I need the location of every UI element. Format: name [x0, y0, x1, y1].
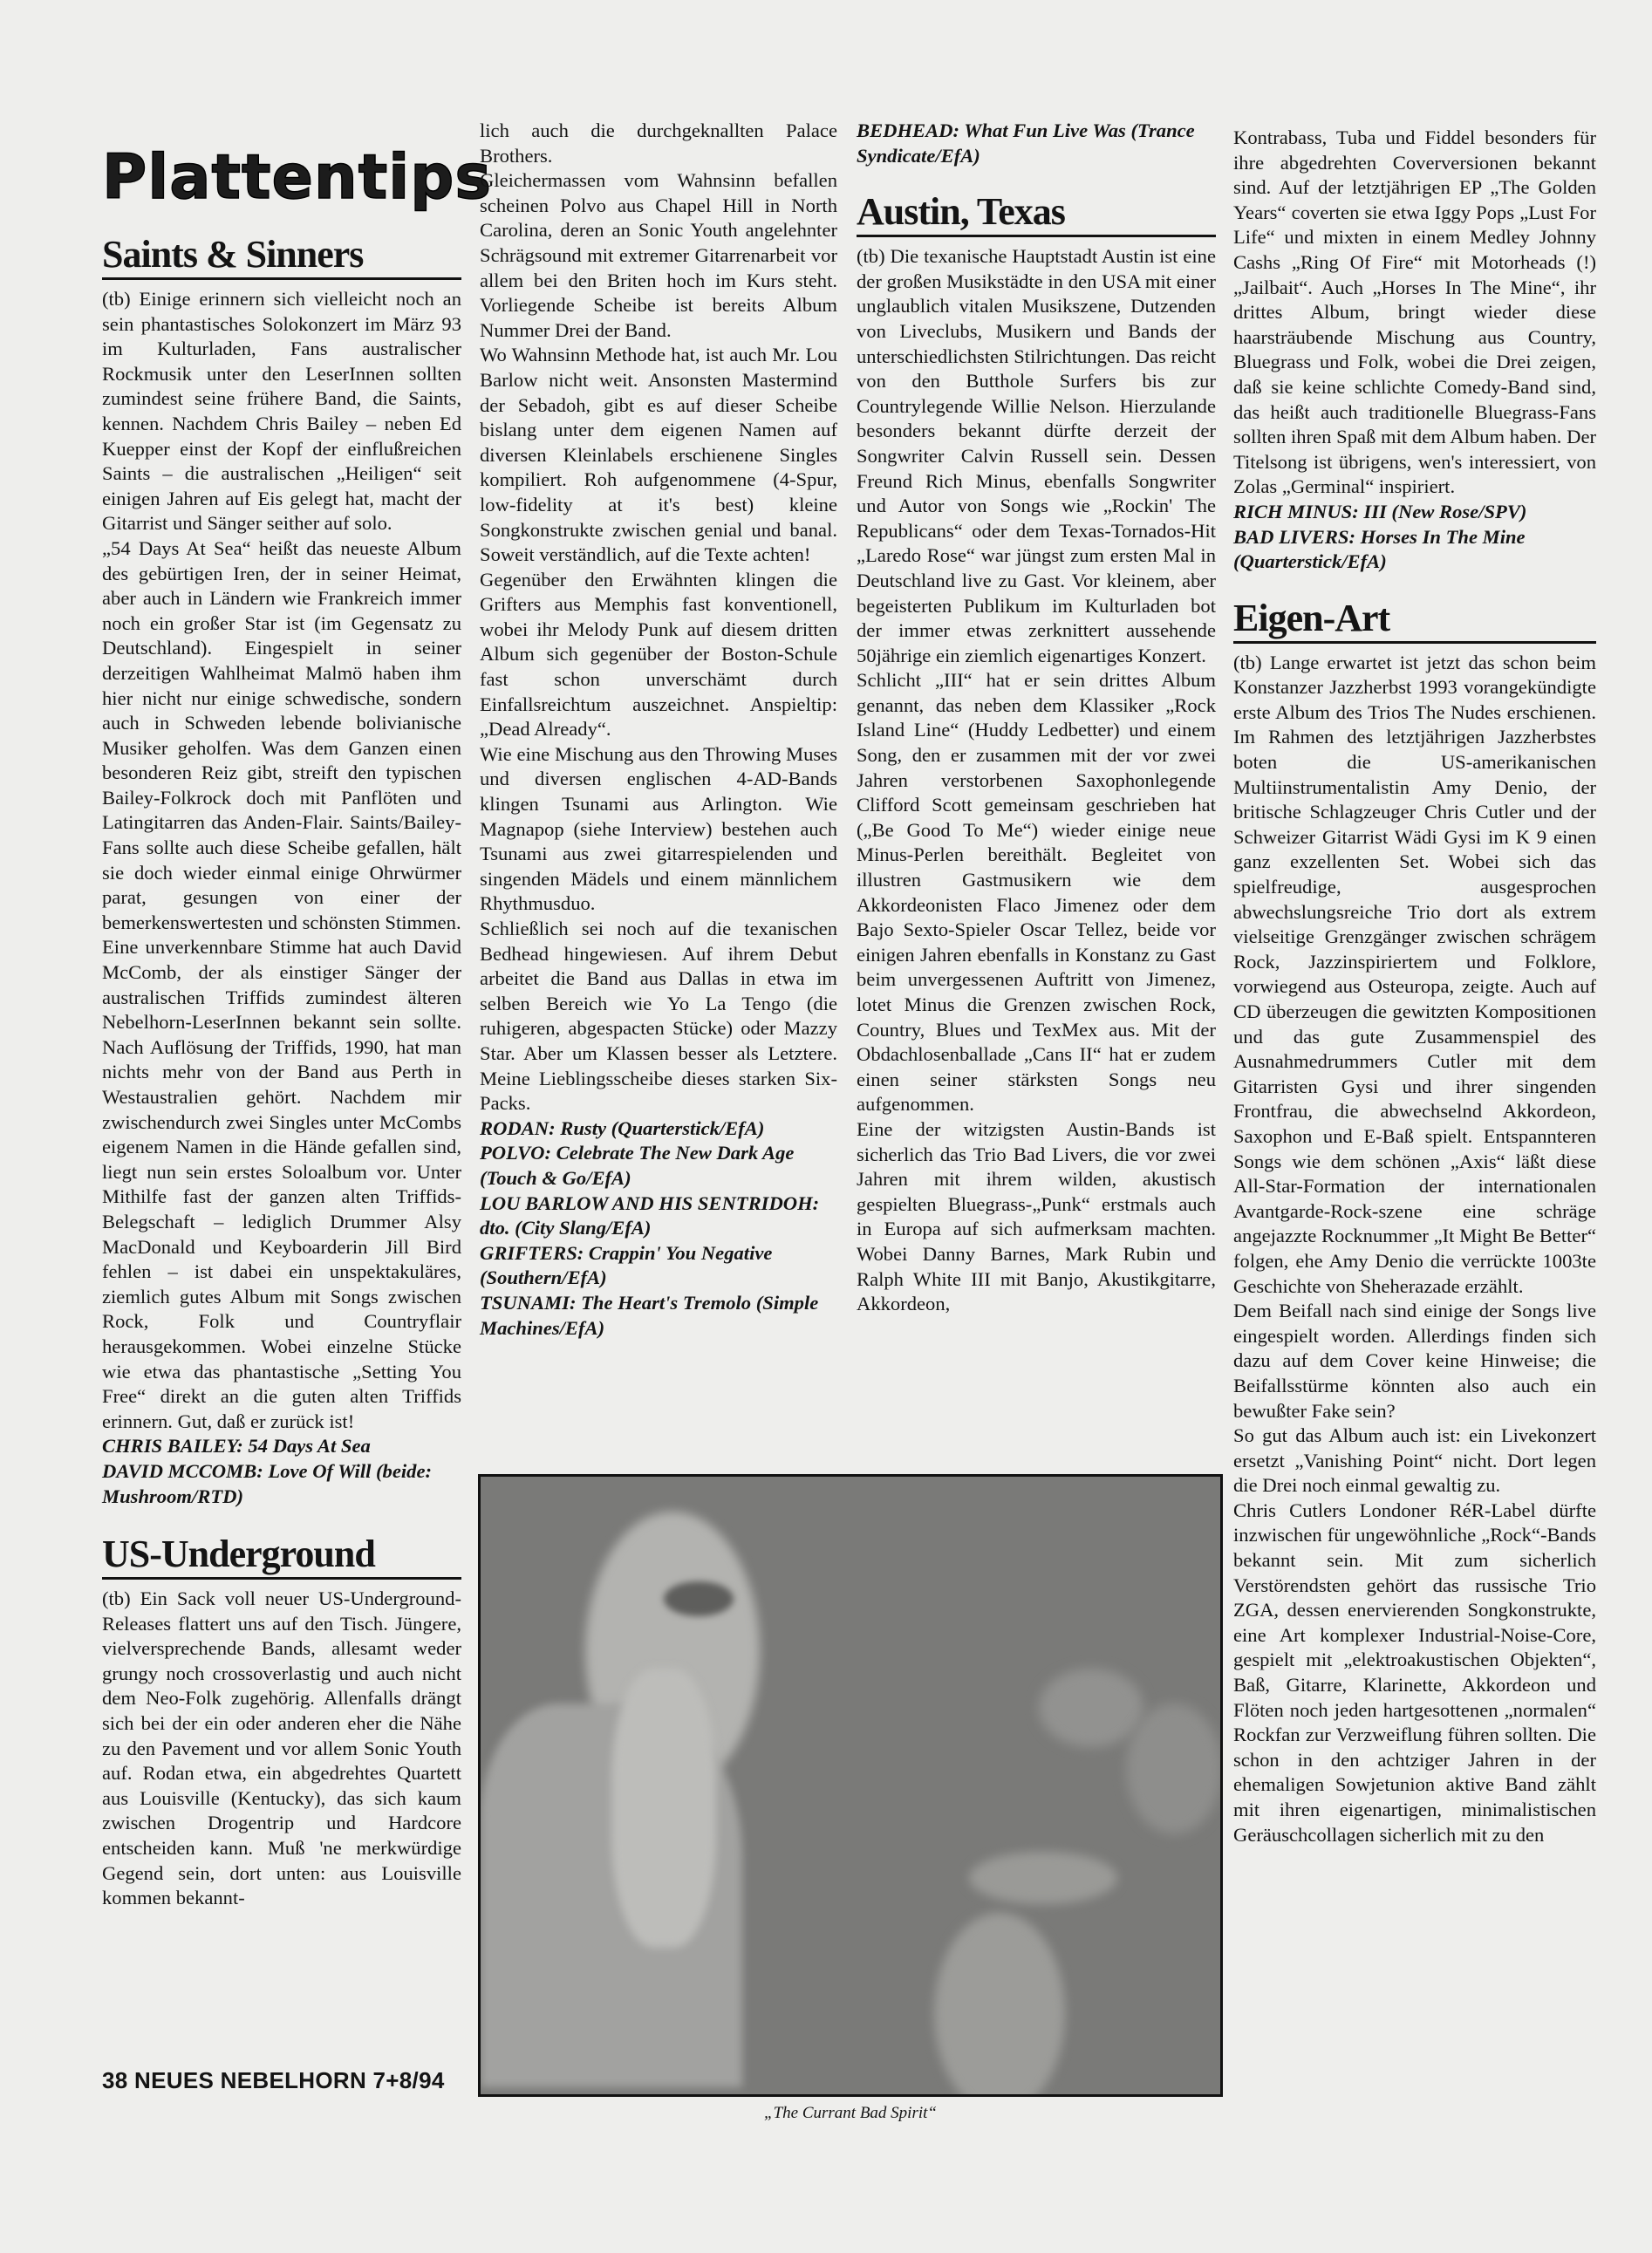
release-grifters: GRIFTERS: Crappin' You Negative (Souther… — [480, 1241, 837, 1291]
saints-paragraph-3: Eine unverkennbare Stimme hat auch David… — [102, 935, 461, 1434]
page-section-title: Plattentips — [102, 147, 492, 208]
release-bedhead: BEDHEAD: What Fun Live Was (Trance Syndi… — [857, 119, 1216, 168]
austin-paragraph-1: (tb) Die texanische Hauptstadt Austin is… — [857, 244, 1216, 668]
heading-eigen-art: Eigen-Art — [1233, 599, 1596, 644]
eigenart-paragraph-1: (tb) Lange erwartet ist jetzt das schon … — [1233, 651, 1596, 1299]
release-bad-livers: BAD LIVERS: Horses In The Mine (Quarters… — [1233, 525, 1596, 575]
release-rich-minus: RICH MINUS: III (New Rose/SPV) — [1233, 500, 1596, 525]
heading-us-underground: US-Underground — [102, 1535, 461, 1580]
release-tsunami: TSUNAMI: The Heart's Tremolo (Simple Mac… — [480, 1291, 837, 1341]
page-footer: 38 NEUES NEBELHORN 7+8/94 — [102, 2067, 445, 2094]
us-underground-paragraph-5: Wie eine Mischung aus den Throwing Muses… — [480, 742, 837, 917]
release-polvo: POLVO: Celebrate The New Dark Age (Touch… — [480, 1141, 837, 1191]
eigenart-paragraph-2: Dem Beifall nach sind einige der Songs l… — [1233, 1299, 1596, 1423]
release-david-mccomb: DAVID MCCOMB: Love Of Will (beide: Mushr… — [102, 1459, 461, 1509]
release-chris-bailey: CHRIS BAILEY: 54 Days At Sea — [102, 1434, 461, 1459]
photo-caption: „The Currant Bad Spirit“ — [478, 2104, 1223, 2123]
austin-paragraph-3-continued: Kontrabass, Tuba und Fiddel besonders fü… — [1233, 126, 1596, 500]
release-rodan: RODAN: Rusty (Quarterstick/EfA) — [480, 1116, 837, 1142]
release-lou-barlow: LOU BARLOW AND HIS SENTRIDOH: dto. (City… — [480, 1191, 837, 1241]
us-underground-paragraph-1-part-b: lich auch die durchgeknallten Palace Bro… — [480, 119, 837, 168]
saints-paragraph-2: „54 Days At Sea“ heißt das neueste Album… — [102, 536, 461, 936]
column-2: lich auch die durchgeknallten Palace Bro… — [480, 119, 837, 1341]
heading-austin-texas: Austin, Texas — [857, 193, 1216, 237]
austin-paragraph-2: Schlicht „III“ hat er sein drittes Album… — [857, 668, 1216, 1117]
us-underground-paragraph-4: Gegenüber den Erwähnten klingen die Grif… — [480, 568, 837, 742]
us-underground-paragraph-3: Wo Wahnsinn Methode hat, ist auch Mr. Lo… — [480, 343, 837, 567]
heading-saints-sinners: Saints & Sinners — [102, 236, 461, 280]
eigenart-paragraph-4: Chris Cutlers Londoner RéR-Label dürfte … — [1233, 1499, 1596, 1847]
us-underground-paragraph-2: Gleichermassen vom Wahnsinn befallen sch… — [480, 168, 837, 343]
us-underground-paragraph-1-part-a: (tb) Ein Sack voll neuer US-Underground-… — [102, 1587, 461, 1911]
saints-paragraph-1: (tb) Einige erinnern sich vielleicht noc… — [102, 287, 461, 536]
column-1: Saints & Sinners (tb) Einige erinnern si… — [102, 236, 461, 1911]
austin-paragraph-3: Eine der witzigsten Austin-Bands ist sic… — [857, 1117, 1216, 1317]
column-4: Kontrabass, Tuba und Fiddel besonders fü… — [1233, 126, 1596, 1847]
band-photo — [478, 1474, 1223, 2097]
column-3: BEDHEAD: What Fun Live Was (Trance Syndi… — [857, 119, 1216, 1317]
eigenart-paragraph-3: So gut das Album auch ist: ein Livekonze… — [1233, 1423, 1596, 1499]
us-underground-paragraph-6: Schließlich sei noch auf die texanischen… — [480, 917, 837, 1116]
